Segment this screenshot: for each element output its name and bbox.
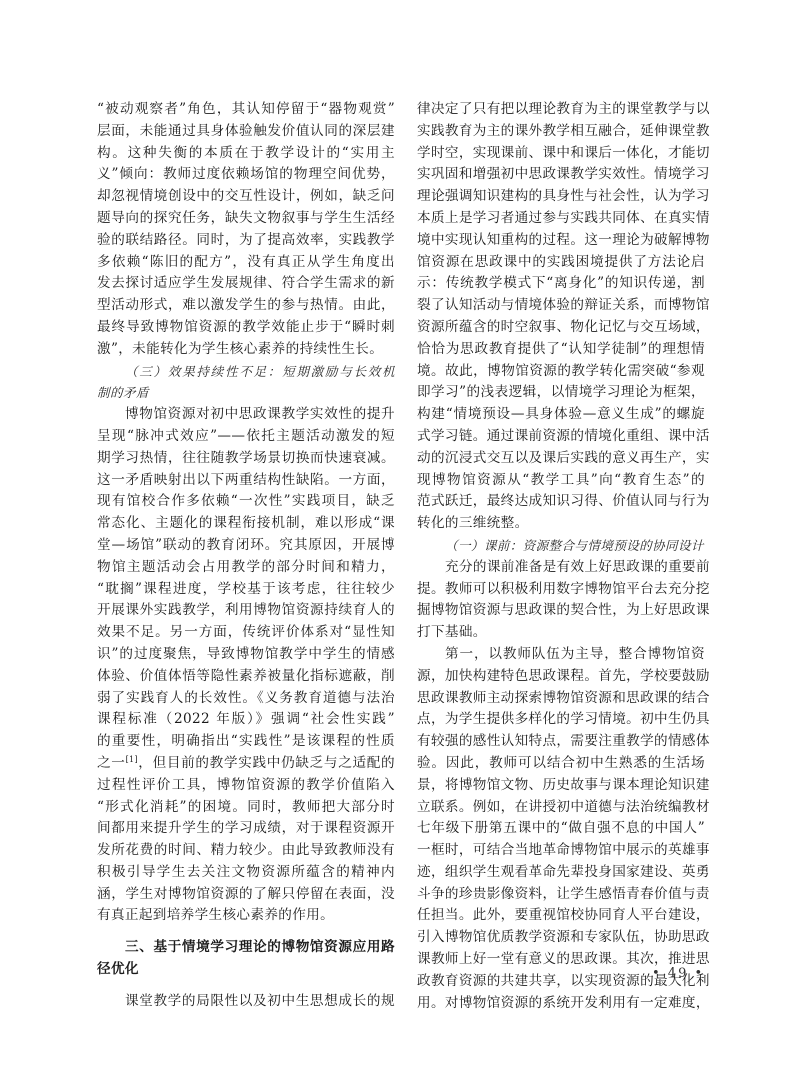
text-line: 打下基础。 [417,622,705,644]
text-line: 任担当。此外，要重视馆校协同育人平台建设， [417,905,705,927]
text-line: 有较强的感性认知特点，需要注重教学的情感体 [417,731,705,753]
text-line: 七年级下册第五课中的“做自强不息的中国人” [417,818,705,840]
text-line: 常态化、主题化的课程衔接机制，难以形成“课 [97,513,395,535]
text-line: 范式跃迁，最终达成知识习得、价值认同与行为 [417,491,705,513]
paragraph-continued: “被动观察者”角色，其认知停留于“器物观赏” 层面，未能通过具身体验触发价值认同… [97,99,395,361]
text-line: 多依赖“陈旧的配方”，没有真正从学生角度出 [97,252,395,274]
text-line: 验。因此，教师可以结合初中生熟悉的生活场 [417,753,705,775]
citation-line: 之一[1]，但目前的教学实践中仍缺乏与之适配的 [97,753,395,775]
text-fragment: ，但目前的教学实践中仍缺乏与之适配的 [138,755,395,771]
subheading-line: 制的矛盾 [97,382,395,404]
text-line: 体验、价值体悟等隐性素养被量化指标遮蔽，削 [97,666,395,688]
text-line: 迹，组织学生观看革命先辈投身国家建设、英勇 [417,862,705,884]
paragraph-effect-sustainability: 博物馆资源对初中思政课教学实效性的提升 呈现“脉冲式效应”——依托主题活动激发的… [97,404,395,927]
text-line: 思政课教师主动探索博物馆资源和思政课的结合 [417,688,705,710]
heading-line: 径优化 [97,959,395,981]
text-line: 本质上是学习者通过参与实践共同体、在真实情 [417,208,705,230]
text-line: “耽搁”课程进度，学校基于该考虑，往往较少 [97,579,395,601]
text-line: 式学习链。通过课前资源的情境化重组、课中活 [417,426,705,448]
text-line: 用。对博物馆资源的系统开发利用有一定难度， [417,993,705,1015]
paragraph-preparation: 充分的课前准备是有效上好思政课的重要前 提。教师可以积极利用数字博物馆平台去充分… [417,557,705,644]
text-line: 期学习热情，往往随教学场景切换而快速衰减。 [97,448,395,470]
subheading-three: （三）效果持续性不足：短期激励与长效机 制的矛盾 [97,361,395,405]
text-line: 博物馆资源对初中思政课教学实效性的提升 [97,404,395,426]
text-line: 效果不足。另一方面，传统评价体系对“显性知 [97,622,395,644]
paragraph-situated-learning: 律决定了只有把以理论教育为主的课堂教学与以 实践教育为主的课外教学相互融合，延伸… [417,99,705,535]
text-line: 弱了实践育人的长效性。《义务教育道德与法治 [97,688,395,710]
text-line: 课程标准（2022 年版）》强调“社会性实践” [97,709,395,731]
text-line: 境中实现认知重构的过程。这一理论为破解博物 [417,230,705,252]
text-line: 馆资源在思政课中的实践困境提供了方法论启 [417,252,705,274]
text-line: 义”倾向：教师过度依赖场馆的物理空间优势， [97,164,395,186]
text-line: 的重要性，明确指出“实践性”是该课程的性质 [97,731,395,753]
text-line: 第一，以教师队伍为主导，整合博物馆资 [417,644,705,666]
right-column: 律决定了只有把以理论教育为主的课堂教学与以 实践教育为主的课外教学相互融合，延伸… [417,99,705,1014]
text-line: 验的联结路径。同时，为了提高效率，实践教学 [97,230,395,252]
text-line: 课堂教学的局限性以及初中生思想成长的规 [97,991,395,1013]
text-line: 即学习”的浅表逻辑，以情境学习理论为框架， [417,382,705,404]
text-line: 堂—场馆”联动的教育闭环。究其原因，开展博 [97,535,395,557]
text-fragment: 之一 [97,755,126,771]
text-line: 示：传统教学模式下“离身化”的知识传递，割 [417,273,705,295]
text-line: 激”，未能转化为学生核心素养的持续性生长。 [97,339,395,361]
text-line: “形式化消耗”的困境。同时，教师把大部分时 [97,797,395,819]
text-line: 理论强调知识建构的具身性与社会性，认为学习 [417,186,705,208]
text-line: 动的沉浸式交互以及课后实践的意义再生产，实 [417,448,705,470]
spacer [97,981,395,991]
text-line: 实巩固和增强初中思政课教学实效性。情境学习 [417,164,705,186]
left-column: “被动观察者”角色，其认知停留于“器物观赏” 层面，未能通过具身体验触发价值认同… [97,99,395,1013]
text-line: 斗争的珍贵影像资料，让学生感悟青春价值与责 [417,884,705,906]
text-line: 充分的课前准备是有效上好思政课的重要前 [417,557,705,579]
text-line: 恰恰为思政教育提供了“认知学徒制”的理想情 [417,339,705,361]
text-line: 源，加快构建特色思政课程。首先，学校要鼓励 [417,666,705,688]
text-line: 发所花费的时间、精力较少。由此导致教师没有 [97,840,395,862]
text-line: 立联系。例如，在讲授初中道德与法治统编教材 [417,797,705,819]
text-line: 现有馆校合作多依赖“一次性”实践项目，缺乏 [97,491,395,513]
page-number: • 49 • [652,966,704,981]
text-line: 学时空，实现课前、课中和课后一体化，才能切 [417,143,705,165]
text-line: 裂了认知活动与情境体验的辩证关系，而博物馆 [417,295,705,317]
text-line: 引入博物馆优质教学资源和专家队伍，协助思政 [417,927,705,949]
subheading-one: （一）课前：资源整合与情境预设的协同设计 [417,535,705,557]
text-line: 型活动形式，难以激发学生的参与热情。由此， [97,295,395,317]
section-heading-three: 三、基于情境学习理论的博物馆资源应用路 径优化 [97,937,395,981]
text-line: 开展课外实践教学，利用博物馆资源持续育人的 [97,600,395,622]
text-line: 资源所蕴含的时空叙事、物化记忆与交互场域， [417,317,705,339]
text-line: 有真正起到培养学生核心素养的作用。 [97,905,395,927]
text-line: 间都用来提升学生的学习成绩，对于课程资源开 [97,818,395,840]
text-line: 题导向的探究任务，缺失文物叙事与学生生活经 [97,208,395,230]
text-line: 层面，未能通过具身体验触发价值认同的深层建 [97,121,395,143]
paragraph-teacher-lead: 第一，以教师队伍为主导，整合博物馆资 源，加快构建特色思政课程。首先，学校要鼓励… [417,644,705,1015]
text-line: 物馆主题活动会占用教学的部分时间和精力， [97,557,395,579]
heading-line: 三、基于情境学习理论的博物馆资源应用路 [97,937,395,959]
text-line: 却忽视情境创设中的交互性设计，例如，缺乏问 [97,186,395,208]
text-line: “被动观察者”角色，其认知停留于“器物观赏” [97,99,395,121]
text-line: 涵，学生对博物馆资源的了解只停留在表面，没 [97,884,395,906]
text-line: 掘博物馆资源与思政课的契合性，为上好思政课 [417,600,705,622]
subheading-line: （三）效果持续性不足：短期激励与长效机 [97,361,395,383]
text-line: 境。故此，博物馆资源的教学转化需突破“参观 [417,361,705,383]
text-line: 景，将博物馆文物、历史故事与课本理论知识建 [417,775,705,797]
text-line: 一框时，可结合当地革命博物馆中展示的英雄事 [417,840,705,862]
spacer [97,927,395,937]
text-line: 发去探讨适应学生发展规律、符合学生需求的新 [97,273,395,295]
text-line: 现博物馆资源从“教学工具”向“教育生态”的 [417,470,705,492]
text-line: 点，为学生提供多样化的学习情境。初中生仍具 [417,709,705,731]
text-line: 呈现“脉冲式效应”——依托主题活动激发的短 [97,426,395,448]
text-line: 最终导致博物馆资源的教学效能止步于“瞬时刺 [97,317,395,339]
citation-reference[interactable]: [1] [126,755,138,764]
text-line: 过程性评价工具，博物馆资源的教学价值陷入 [97,775,395,797]
text-line: 构。这种失衡的本质在于教学设计的“实用主 [97,143,395,165]
text-line: 构建“情境预设—具身体验—意义生成”的螺旋 [417,404,705,426]
text-line: 转化的三维统整。 [417,513,705,535]
text-line: 识”的过度聚焦，导致博物馆教学中学生的情感 [97,644,395,666]
text-line: 提。教师可以积极利用数字博物馆平台去充分挖 [417,579,705,601]
text-line: 积极引导学生去关注文物资源所蕴含的精神内 [97,862,395,884]
text-line: 律决定了只有把以理论教育为主的课堂教学与以 [417,99,705,121]
text-line: 实践教育为主的课外教学相互融合，延伸课堂教 [417,121,705,143]
text-line: 这一矛盾映射出以下两重结构性缺陷。一方面， [97,470,395,492]
